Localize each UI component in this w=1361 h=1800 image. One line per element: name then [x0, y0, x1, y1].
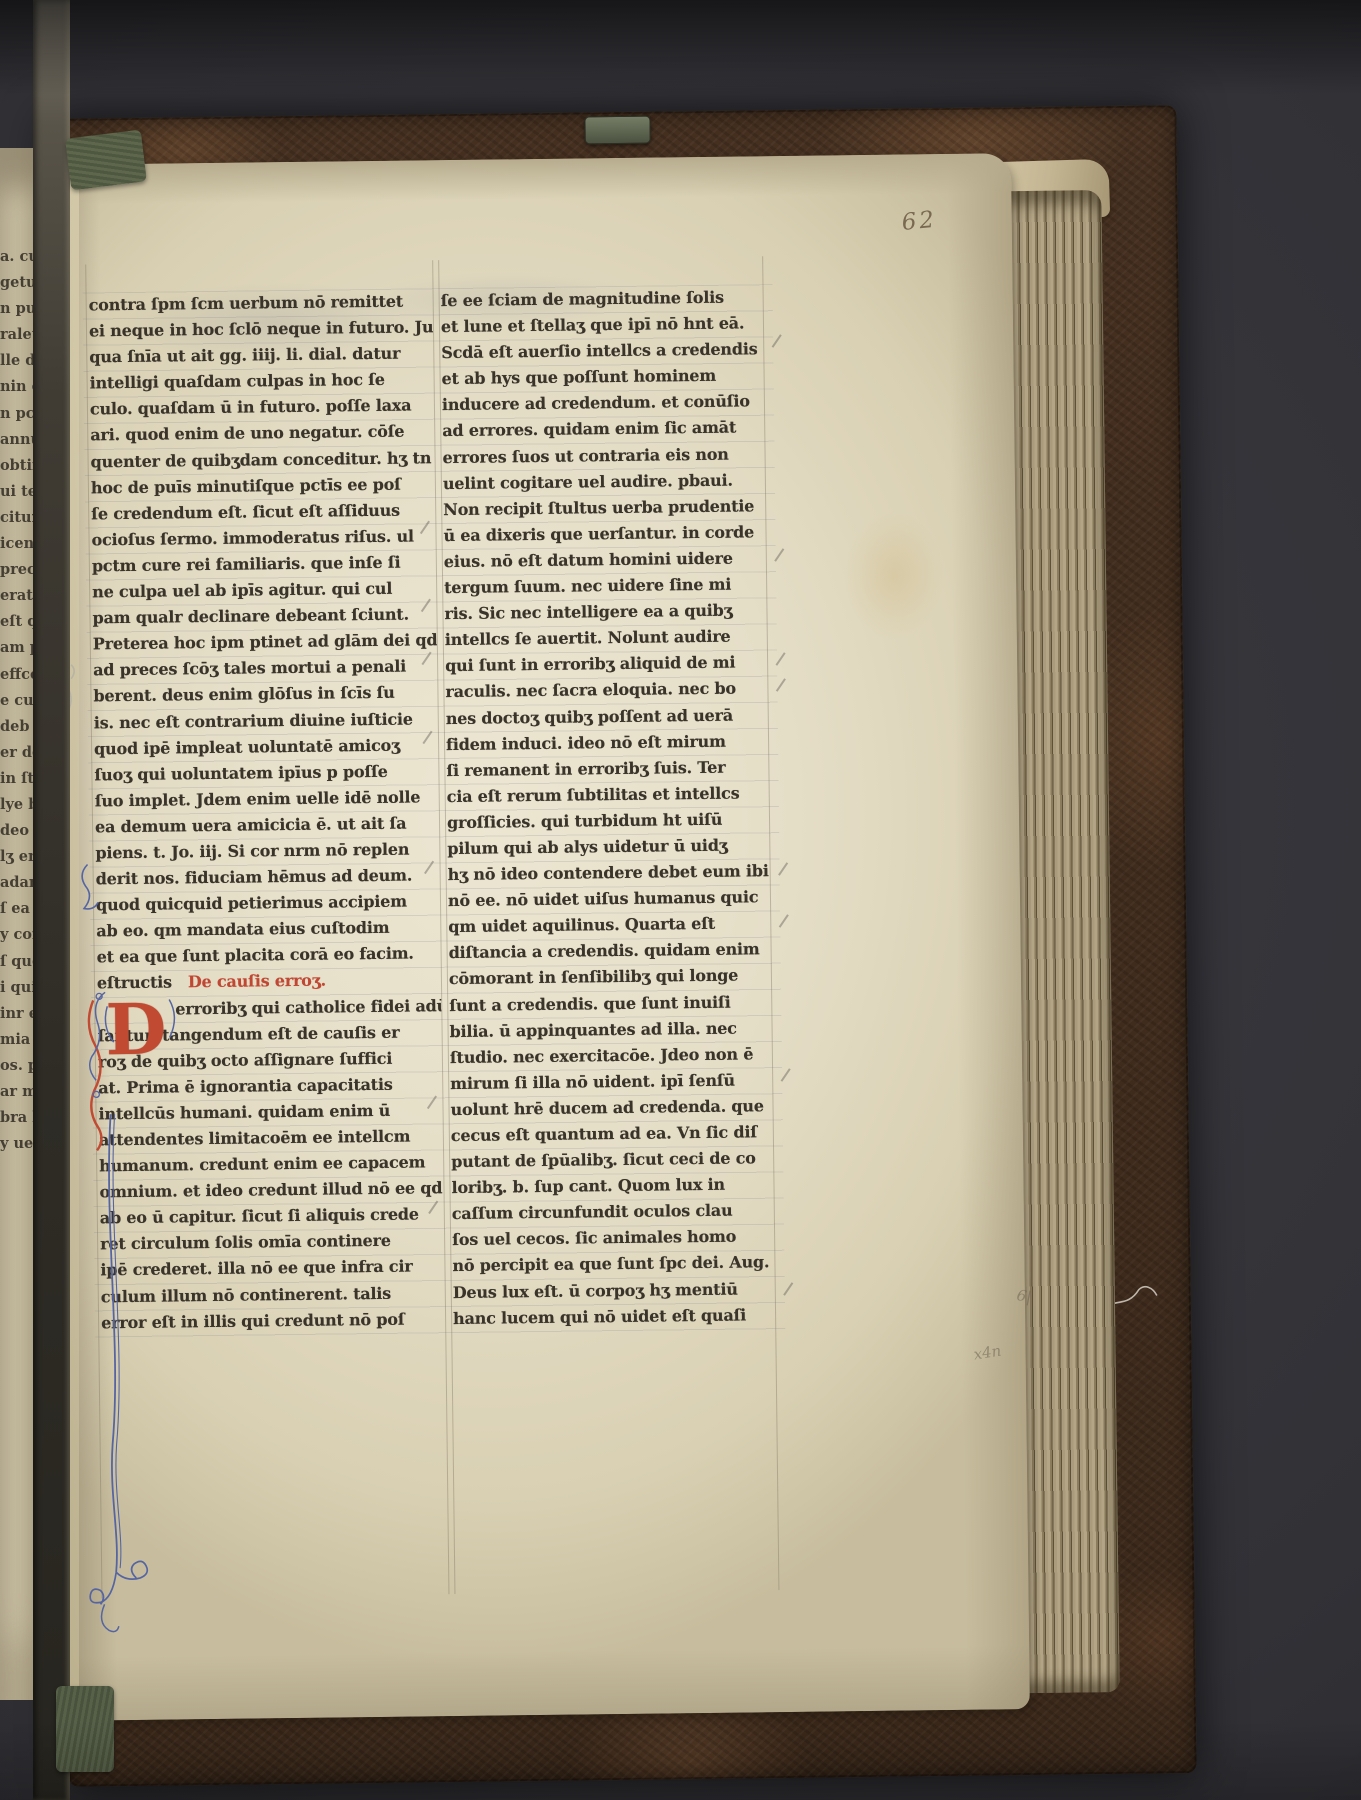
cutoff-text-fragment: os. pue — [0, 1053, 36, 1079]
cutoff-text-fragment: adam — [0, 870, 36, 896]
text-column-right: ſe ee ſciam de magnitudine ſoliset lune … — [441, 284, 778, 1332]
text-line: ſi remanent in erroribʒ ſuis. Ter — [446, 754, 770, 784]
cutoff-text-fragment: annum ſui — [0, 427, 36, 453]
text-line: pilum qui ab alys uidetur ū uidʒ — [447, 832, 771, 862]
cutoff-text-fragment: y corps de — [0, 922, 36, 948]
cutoff-text-fragment: effccus ib — [0, 662, 36, 688]
text-line: at. Prima ē ignorantia capacitatis — [98, 1071, 442, 1101]
text-line: fidem induci. ideo nō eſt mirum — [446, 728, 770, 758]
facing-page-edge: a. cum oſgetur inqn purgatoralet quodlle… — [0, 148, 36, 1700]
text-line: caſſum circunfundit oculos clau — [452, 1197, 776, 1227]
text-line: et lune et ſtellaʒ que ipī nō hnt eā. — [441, 310, 765, 340]
text-line: hanc lucem qui nō uidet eſt quaſi — [453, 1302, 777, 1332]
text-line: is. nec eſt contrarium diuine iuſticie — [94, 706, 438, 736]
text-line: ſunt a credendis. que ſunt inuiſi — [449, 989, 773, 1019]
gutter-strap — [33, 0, 70, 1800]
cutoff-text-fragment: er deeſt — [0, 740, 36, 766]
parchment-stain — [843, 510, 945, 641]
quill-tick — [779, 914, 789, 928]
text-line: ſos uel cecos. ſic animales homo — [452, 1223, 776, 1253]
cutoff-text-fragment: ralet quod — [0, 322, 36, 348]
text-line: inducere ad credendum. et conūſio — [442, 389, 766, 419]
cutoff-text-fragment: n purgato — [0, 296, 36, 322]
text-line: quenter de quibʒdam conceditur. hʒ tn — [90, 445, 434, 475]
text-line: intellcs ſe auertit. Nolunt audire — [445, 623, 769, 653]
cutoff-text-fragment: eſt quod ad — [0, 609, 36, 635]
text-line: ris. Sic nec intelligere ea a quibʒ — [444, 597, 768, 627]
text-line: cia eſt rerum ſubtilitas et intellcs — [447, 780, 771, 810]
cutoff-text-fragment: bra ba q — [0, 1105, 36, 1131]
cutoff-text-fragment: getur inq — [0, 270, 36, 296]
cutoff-text-fragment: ſ que ſu — [0, 949, 36, 975]
cloth-patch-bottom-left — [56, 1686, 114, 1772]
text-line: ſe ee ſciam de magnitudine ſolis — [441, 284, 765, 314]
text-line: errores ſuos ut contraria eis non — [442, 441, 766, 471]
cutoff-text-fragment: nin oratio — [0, 374, 36, 400]
cutoff-text-fragment: in ſtam — [0, 766, 36, 792]
clasp-fitting — [584, 116, 650, 145]
cutoff-text-fragment: mia eſt ſ — [0, 1027, 36, 1053]
text-line: ocioſus ſermo. immoderatus riſus. ul — [91, 523, 435, 553]
text-line: quod ipē impleat uoluntatē amicoʒ — [94, 732, 438, 762]
quill-tick — [776, 678, 786, 692]
text-line: uolunt hrē ducem ad credenda. que — [450, 1093, 774, 1123]
text-line: groſſicies. qui turbidum ht uiſū — [447, 806, 771, 836]
text-line: qm uidet aquilinus. Quarta eſt — [448, 910, 772, 940]
cloth-patch-top-left — [65, 130, 147, 191]
quill-tick — [778, 862, 788, 876]
text-line: Scdā eſt auerſio intellcs a credendis — [441, 336, 765, 366]
text-line: error eſt in illis qui credunt nō poſ — [101, 1306, 445, 1336]
text-line: Non recipit ſtultus uerba prudentie — [443, 493, 767, 523]
text-line: tergum ſuum. nec uidere ſine mi — [444, 571, 768, 601]
gutter-highlight — [70, 152, 79, 1706]
quill-tick — [772, 334, 782, 348]
cutoff-text-fragment: i qui ſunt — [0, 975, 36, 1001]
cutoff-text-fragment: ſ ea mle — [0, 896, 36, 922]
text-line: ipē crederet. illa nō ee que infra cir — [100, 1254, 444, 1284]
cutoff-text-fragment: lle dño. cui — [0, 348, 36, 374]
text-line: ab eo ū capitur. ſicut ſi aliquis crede — [100, 1201, 444, 1231]
text-line: mirum ſi illa nō uident. ipī ſenſū — [450, 1067, 774, 1097]
cutoff-text-fragment: e cum vn — [0, 688, 36, 714]
text-line: ū ea dixeris que uerſantur. in corde — [443, 519, 767, 549]
rubric-text: De cauſis erroʒ. — [188, 968, 326, 996]
text-line: raculis. nec ſacra eloquia. nec bo — [445, 676, 769, 706]
quill-tick — [776, 652, 786, 666]
cutoff-text-fragment: a. cum oſ — [0, 244, 36, 270]
text-line: ſuoʒ qui uoluntatem ipīus p poſſe — [94, 758, 438, 788]
parchment-page: 62 contra ſpm ſcm uerbum nō remittetei n… — [51, 153, 1030, 1721]
left-column-upper-text: contra ſpm ſcm uerbum nō remittetei nequ… — [89, 288, 441, 971]
cutoff-text-fragment: obtinent — [0, 453, 36, 479]
cutoff-text-fragment: y uermlis — [0, 1131, 36, 1157]
text-line: berent. deus enim glōſus in ſcīs ſu — [93, 680, 437, 710]
cutoff-text-fragment: inr eccl — [0, 1001, 36, 1027]
text-line: eius. nō eſt datum homini uidere — [444, 545, 768, 575]
folio-number: 62 — [901, 207, 939, 236]
cutoff-text-fragment: lye ben — [0, 792, 36, 818]
text-line: bilia. ū appinquantes ad illa. nec — [449, 1015, 773, 1045]
drop-cap-initial: D — [105, 1000, 166, 1061]
cutoff-text-fragment: citur vie — [0, 505, 36, 531]
text-line: nes doctoʒ quibʒ poſſent ad uerā — [446, 702, 770, 732]
cutoff-text-fragment: am purgat — [0, 635, 36, 661]
text-line: diſtancia a credendis. quidam enim — [448, 936, 772, 966]
cutoff-text-fragment: n pccō caru — [0, 401, 36, 427]
facing-page-text-fragments: a. cum oſgetur inqn purgatoralet quodlle… — [0, 148, 36, 1157]
text-line: Deus lux eſt. ū corpoʒ hʒ mentiū — [453, 1276, 777, 1306]
text-line: ſtudio. nec exercitacōe. Jdeo non ē — [450, 1041, 774, 1071]
pencil-mark-lower: x4n — [972, 1342, 1002, 1364]
text-line: qui ſunt in erroribʒ aliquid de mi — [445, 649, 769, 679]
text-line: ad errores. quidam enim ſic amāt — [442, 415, 766, 445]
text-line: nō ee. nō uidet uiſus humanus quic — [448, 884, 772, 914]
quill-tick — [774, 548, 784, 562]
manuscript-photo: 62 contra ſpm ſcm uerbum nō remittetei n… — [0, 0, 1361, 1800]
text-column-left: contra ſpm ſcm uerbum nō remittetei nequ… — [89, 288, 446, 1336]
text-line: cecus eſt quantum ad ea. Vn ſic diſ — [451, 1119, 775, 1149]
text-line: ſe credendum eſt. ſicut eſt aſſiduus — [91, 497, 435, 527]
text-line: uelint cogitare uel audire. pbaui. — [443, 467, 767, 497]
text-line: hʒ nō ideo contendere debet eum ibi — [448, 858, 772, 888]
text-line: hoc de puīs minutiſque pctīs ee poſ — [91, 471, 435, 501]
text-line: et ea que ſunt placita corā eo facim. — [97, 941, 441, 971]
text-line: ſuo implet. Jdem enim uelle idē nolle — [95, 784, 439, 814]
text-line: et ab hys que poſſunt hominem — [441, 362, 765, 392]
book: 62 contra ſpm ſcm uerbum nō remittetei n… — [0, 0, 1361, 1800]
cutoff-text-fragment: ui te noſt — [0, 479, 36, 505]
quill-tick — [781, 1068, 791, 1082]
text-line: putant de ſpūalibʒ. ſicut ceci de co — [451, 1145, 775, 1175]
cutoff-text-fragment: deo ſ vn — [0, 818, 36, 844]
cutoff-text-fragment: ar meil — [0, 1079, 36, 1105]
text-line: cōmorant in ſenſibilibʒ qui longe — [449, 963, 773, 993]
text-line: ari. quod enim de uno negatur. cōſe — [90, 419, 434, 449]
cutoff-text-fragment: lʒ empi — [0, 844, 36, 870]
text-line: loribʒ. b. ſup cant. Quom lux in — [451, 1171, 775, 1201]
text-line: nō percipit ea que ſunt ſpc dei. Aug. — [452, 1250, 776, 1280]
quill-tick — [783, 1282, 793, 1296]
cutoff-text-fragment: erato in pco — [0, 583, 36, 609]
cutoff-text-fragment: preces b ac — [0, 557, 36, 583]
cutoff-text-fragment: icens dom — [0, 531, 36, 557]
cutoff-text-fragment: deb inter — [0, 714, 36, 740]
